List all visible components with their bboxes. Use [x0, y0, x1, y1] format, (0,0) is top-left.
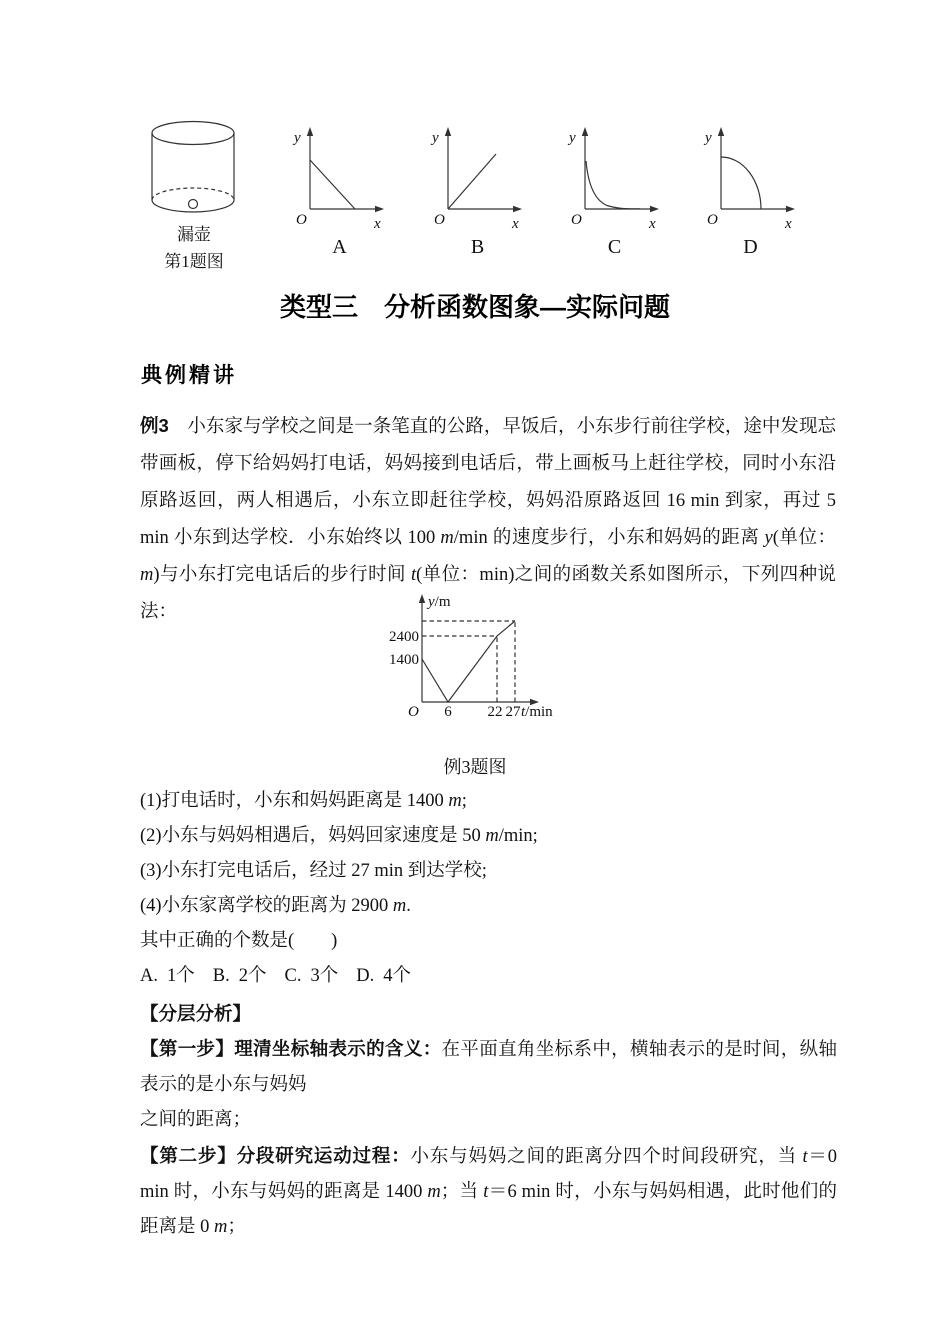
subsection-title: 典例精讲 — [141, 359, 237, 389]
analysis-header: 【分层分析】 — [140, 996, 837, 1031]
axis-x-label: x — [648, 216, 656, 232]
choice-c: C.3个 — [285, 959, 339, 994]
origin-label: O — [408, 704, 419, 720]
axis-y-label: y — [430, 130, 439, 146]
x-axis-title: t/min — [521, 704, 553, 720]
statement-2: (2)小东与妈妈相遇后，妈妈回家速度是 50 m/min; — [140, 819, 840, 854]
choice-b: B.2个 — [213, 959, 267, 994]
option-graph-d-plot: y O x — [703, 125, 798, 233]
choice-d-text: 4个 — [383, 959, 411, 994]
cylinder-figure — [148, 120, 238, 216]
option-graph-c: y O x C — [567, 125, 662, 259]
statement-4: (4)小东家离学校的距离为 2900 m. — [140, 889, 840, 924]
choice-a-letter: A. — [140, 959, 158, 994]
example3-figure-caption: 例3题图 — [0, 753, 950, 779]
option-a-label: A — [292, 236, 387, 259]
ytick-2400: 2400 — [389, 629, 419, 645]
choices-row: A.1个 B.2个 C.3个 D.4个 — [140, 959, 840, 994]
question-line: 其中正确的个数是( ) — [140, 924, 840, 959]
option-graph-b-plot: y O x — [430, 125, 525, 233]
analysis-step1-continuation: 之间的距离； — [140, 1103, 837, 1138]
axis-x-label: x — [784, 216, 792, 232]
axis-origin-label: O — [296, 212, 307, 228]
option-b-label: B — [430, 236, 525, 259]
axis-y-label: y — [292, 130, 301, 146]
xtick-6: 6 — [444, 704, 452, 720]
statement-1: (1)打电话时，小东和妈妈距离是 1400 m; — [140, 784, 840, 819]
xtick-22: 22 — [488, 704, 503, 720]
analysis-section: 【分层分析】 【第一步】理清坐标轴表示的含义：在平面直角坐标系中，横轴表示的是时… — [140, 996, 837, 1245]
choice-c-letter: C. — [285, 959, 302, 994]
option-graph-b: y O x B — [430, 125, 525, 259]
xtick-27: 27 — [506, 704, 522, 720]
option-graph-a-plot: y O x — [292, 125, 387, 233]
choice-b-text: 2个 — [239, 959, 267, 994]
choice-d-letter: D. — [356, 959, 374, 994]
axis-x-label: x — [511, 216, 519, 232]
option-graph-c-plot: y O x — [567, 125, 662, 233]
axis-origin-label: O — [707, 212, 718, 228]
choice-b-letter: B. — [213, 959, 230, 994]
y-axis-title: y/m — [426, 594, 451, 610]
example3-figure: 2400 1400 y/m O 6 22 27 t/min — [380, 592, 580, 724]
choice-a-text: 1个 — [167, 959, 195, 994]
axis-y-label: y — [567, 130, 576, 146]
option-graph-d: y O x D — [703, 125, 798, 259]
choice-c-text: 3个 — [310, 959, 338, 994]
option-c-label: C — [567, 236, 662, 259]
choice-d: D.4个 — [356, 959, 411, 994]
axis-origin-label: O — [571, 212, 582, 228]
question1-figure: 漏壶 第1题图 — [148, 120, 240, 272]
statement-3: (3)小东打完电话后，经过 27 min 到达学校; — [140, 854, 840, 889]
analysis-step1: 【第一步】理清坐标轴表示的含义：在平面直角坐标系中，横轴表示的是时间，纵轴表示的… — [140, 1031, 837, 1103]
ytick-1400: 1400 — [389, 652, 419, 668]
textbook-page: 漏壶 第1题图 y O x A y O x B — [0, 0, 950, 1344]
option-graph-a: y O x A — [292, 125, 387, 259]
statement-list: (1)打电话时，小东和妈妈距离是 1400 m; (2)小东与妈妈相遇后，妈妈回… — [140, 784, 840, 994]
option-d-label: D — [703, 236, 798, 259]
axis-y-label: y — [703, 130, 712, 146]
axis-origin-label: O — [434, 212, 445, 228]
question1-figure-caption: 第1题图 — [148, 247, 240, 272]
cylinder-label: 漏壶 — [148, 220, 240, 245]
analysis-step2: 【第二步】分段研究运动过程：小东与妈妈之间的距离分四个时间段研究，当 t＝0 m… — [140, 1138, 837, 1245]
axis-x-label: x — [373, 216, 381, 232]
section-title: 类型三 分析函数图象—实际问题 — [0, 287, 950, 324]
choice-a: A.1个 — [140, 959, 195, 994]
example3-plot: 2400 1400 y/m O 6 22 27 t/min — [380, 592, 580, 724]
